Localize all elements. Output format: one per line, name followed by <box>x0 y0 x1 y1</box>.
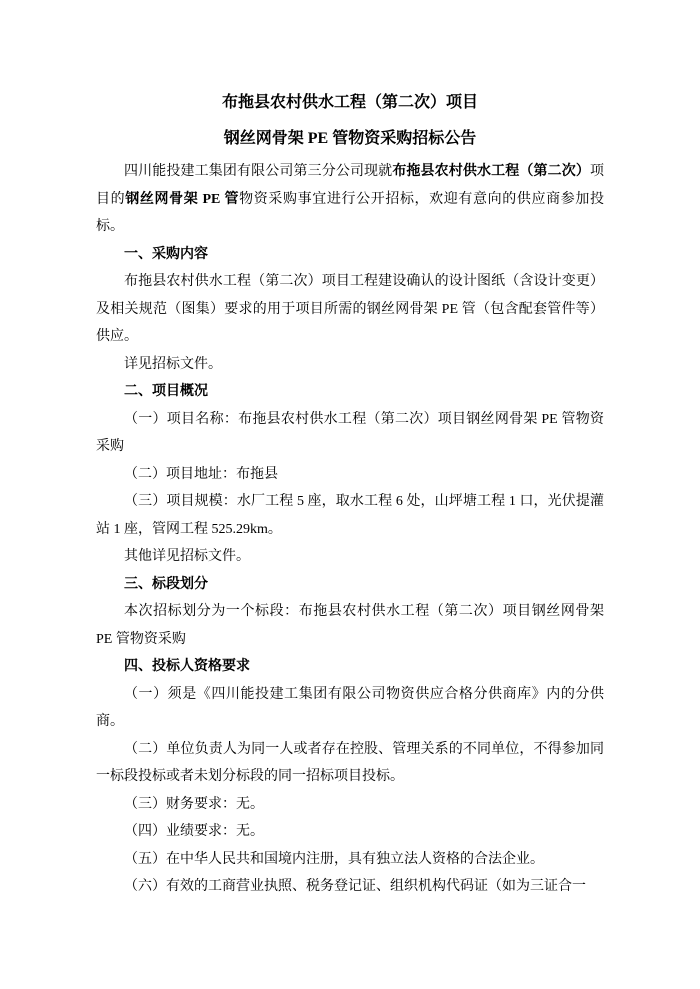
section-heading-bidder-qualifications: 四、投标人资格要求 <box>96 653 604 681</box>
intro-paragraph: 四川能投建工集团有限公司第三分公司现就布拖县农村供水工程（第二次）项目的钢丝网骨… <box>96 158 604 241</box>
paragraph-qualification-5: （五）在中华人民共和国境内注册，具有独立法人资格的合法企业。 <box>96 846 604 874</box>
intro-run-2-bold: 布拖县农村供水工程（第二次） <box>392 164 590 179</box>
paragraph-qualification-6: （六）有效的工商营业执照、税务登记证、组织机构代码证（如为三证合一 <box>96 873 604 901</box>
section-heading-bid-sections: 三、标段划分 <box>96 571 604 599</box>
paragraph-bid-section-division: 本次招标划分为一个标段：布拖县农村供水工程（第二次）项目钢丝网骨架 PE 管物资… <box>96 598 604 653</box>
paragraph-qualification-2: （二）单位负责人为同一人或者存在控股、管理关系的不同单位，不得参加同一标段投标或… <box>96 736 604 791</box>
section-heading-project-overview: 二、项目概况 <box>96 378 604 406</box>
paragraph-project-name: （一）项目名称：布拖县农村供水工程（第二次）项目钢丝网骨架 PE 管物资采购 <box>96 406 604 461</box>
intro-run-4-bold: 钢丝网骨架 PE 管 <box>125 192 239 207</box>
doc-title-line-1: 布拖县农村供水工程（第二次）项目 <box>96 85 604 121</box>
paragraph-qualification-4: （四）业绩要求：无。 <box>96 818 604 846</box>
paragraph-project-address: （二）项目地址：布拖县 <box>96 461 604 489</box>
intro-run-1: 四川能投建工集团有限公司第三分公司现就 <box>124 164 392 179</box>
section-heading-procurement-content: 一、采购内容 <box>96 241 604 269</box>
paragraph-qualification-1: （一）须是《四川能投建工集团有限公司物资供应合格分供商库》内的分供商。 <box>96 681 604 736</box>
paragraph-other-details: 其他详见招标文件。 <box>96 543 604 571</box>
paragraph-project-scale: （三）项目规模：水厂工程 5 座，取水工程 6 处，山坪塘工程 1 口，光伏提灌… <box>96 488 604 543</box>
doc-title-line-2: 钢丝网骨架 PE 管物资采购招标公告 <box>96 121 604 157</box>
paragraph-procurement-scope: 布拖县农村供水工程（第二次）项目工程建设确认的设计图纸（含设计变更）及相关规范（… <box>96 268 604 351</box>
paragraph-see-tender-docs: 详见招标文件。 <box>96 351 604 379</box>
tender-notice-page: 布拖县农村供水工程（第二次）项目 钢丝网骨架 PE 管物资采购招标公告 四川能投… <box>0 0 700 989</box>
paragraph-qualification-3: （三）财务要求：无。 <box>96 791 604 819</box>
